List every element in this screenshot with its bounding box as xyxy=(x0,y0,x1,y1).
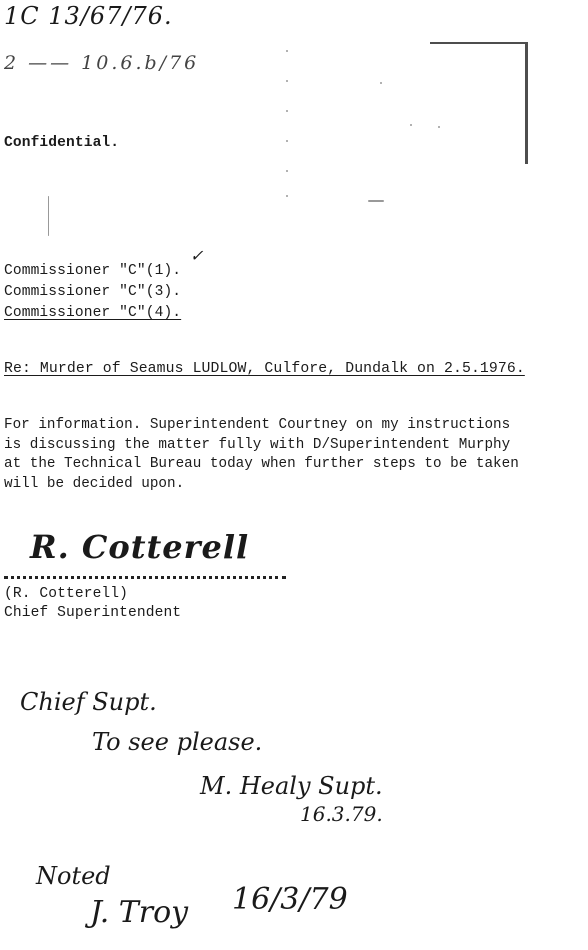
signatory-title: Chief Superintendent xyxy=(4,604,181,622)
minute-signature: M. Healy Supt. xyxy=(200,772,383,800)
stamp-speck xyxy=(286,195,288,197)
tick-mark: ✓ xyxy=(190,246,203,265)
handwritten-file-ref: 1C 13/67/76. xyxy=(4,2,173,30)
signatory-name: (R. Cotterell) xyxy=(4,585,128,603)
body-line: is discussing the matter fully with D/Su… xyxy=(4,436,519,456)
noted-signature: J. Troy xyxy=(90,895,188,930)
faded-stamp-frame xyxy=(430,42,528,164)
minute-instruction: To see please. xyxy=(92,728,262,756)
noted-mark: Noted xyxy=(36,862,111,890)
minute-addressee: Chief Supt. xyxy=(20,688,157,716)
distribution-item: Commissioner "C"(4). xyxy=(4,304,181,322)
stamp-speck xyxy=(286,140,288,142)
classification-label: Confidential. xyxy=(4,134,119,152)
noted-date: 16/3/79 xyxy=(232,882,348,917)
body-paragraph: For information. Superintendent Courtney… xyxy=(4,416,519,494)
stamp-speck xyxy=(286,50,288,52)
stamp-speck xyxy=(286,80,288,82)
stamp-speck xyxy=(48,196,49,236)
body-line: For information. Superintendent Courtney… xyxy=(4,416,519,436)
distribution-item: Commissioner "C"(1). xyxy=(4,262,181,280)
stamp-speck xyxy=(438,126,440,128)
handwritten-signature: R. Cotterell xyxy=(30,528,249,566)
distribution-item: Commissioner "C"(3). xyxy=(4,283,181,301)
stamp-speck xyxy=(380,82,382,84)
document-page: 1C 13/67/76. 2 —— 10.6.b/76 Confidential… xyxy=(0,0,588,950)
stamp-speck xyxy=(286,110,288,112)
subject-line: Re: Murder of Seamus LUDLOW, Culfore, Du… xyxy=(4,360,525,378)
stamp-speck xyxy=(286,170,288,172)
body-line: at the Technical Bureau today when furth… xyxy=(4,455,519,475)
body-line: will be decided upon. xyxy=(4,475,519,495)
signature-dotted-line xyxy=(4,576,286,579)
stamp-speck xyxy=(368,200,384,202)
handwritten-second-ref: 2 —— 10.6.b/76 xyxy=(4,52,199,74)
minute-date: 16.3.79. xyxy=(300,802,383,826)
stamp-speck xyxy=(410,124,412,126)
